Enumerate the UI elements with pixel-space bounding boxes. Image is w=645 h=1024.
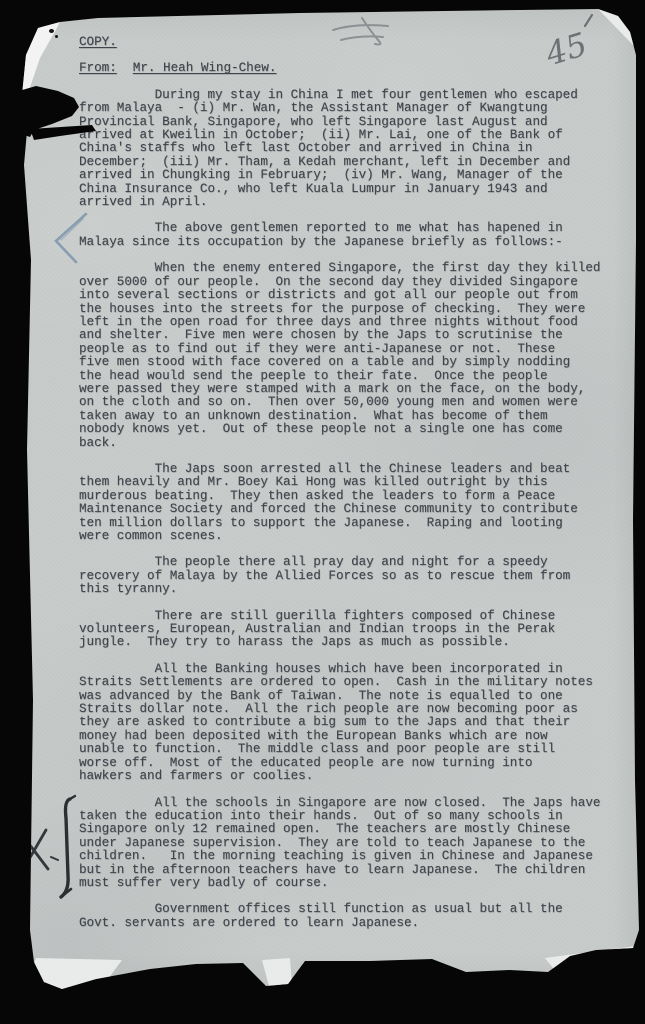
paper-speck	[49, 29, 54, 33]
paragraph-japs-arrested-leaders: The Japs soon arrested all the Chinese l…	[79, 463, 627, 543]
paragraph-government-offices: Government offices still function as usu…	[79, 903, 627, 930]
paper-speck	[55, 35, 58, 38]
from-heading: From:Mr. Heah Wing-Chew.	[79, 62, 627, 75]
paper-sheet: COPY. From:Mr. Heah Wing-Chew. During my…	[0, 0, 645, 1024]
copy-heading: COPY.	[79, 36, 627, 49]
margin-bracket-mark	[61, 796, 75, 897]
paragraph-enemy-entered-singapore: When the enemy entered Singapore, the fi…	[79, 262, 627, 450]
paragraph-guerilla-fighters: There are still guerilla fighters compos…	[79, 610, 627, 650]
paragraph-schools-closed: All the schools in Singapore are now clo…	[79, 797, 627, 891]
from-label: From:	[79, 61, 117, 75]
from-name: Mr. Heah Wing-Chew.	[133, 61, 277, 75]
paragraph-people-pray: The people there all pray day and night …	[79, 556, 627, 596]
paragraph-gentlemen-escaped: During my stay in China I met four gentl…	[79, 89, 627, 210]
copy-label: COPY.	[79, 35, 117, 49]
x-margin-mark	[20, 830, 58, 873]
paragraph-banking-houses: All the Banking houses which have been i…	[79, 663, 627, 784]
typed-text-block: COPY. From:Mr. Heah Wing-Chew. During my…	[79, 36, 627, 943]
scanned-document-page: COPY. From:Mr. Heah Wing-Chew. During my…	[0, 0, 645, 1024]
paragraph-reported-to-me: The above gentlemen reported to me what …	[79, 222, 627, 249]
